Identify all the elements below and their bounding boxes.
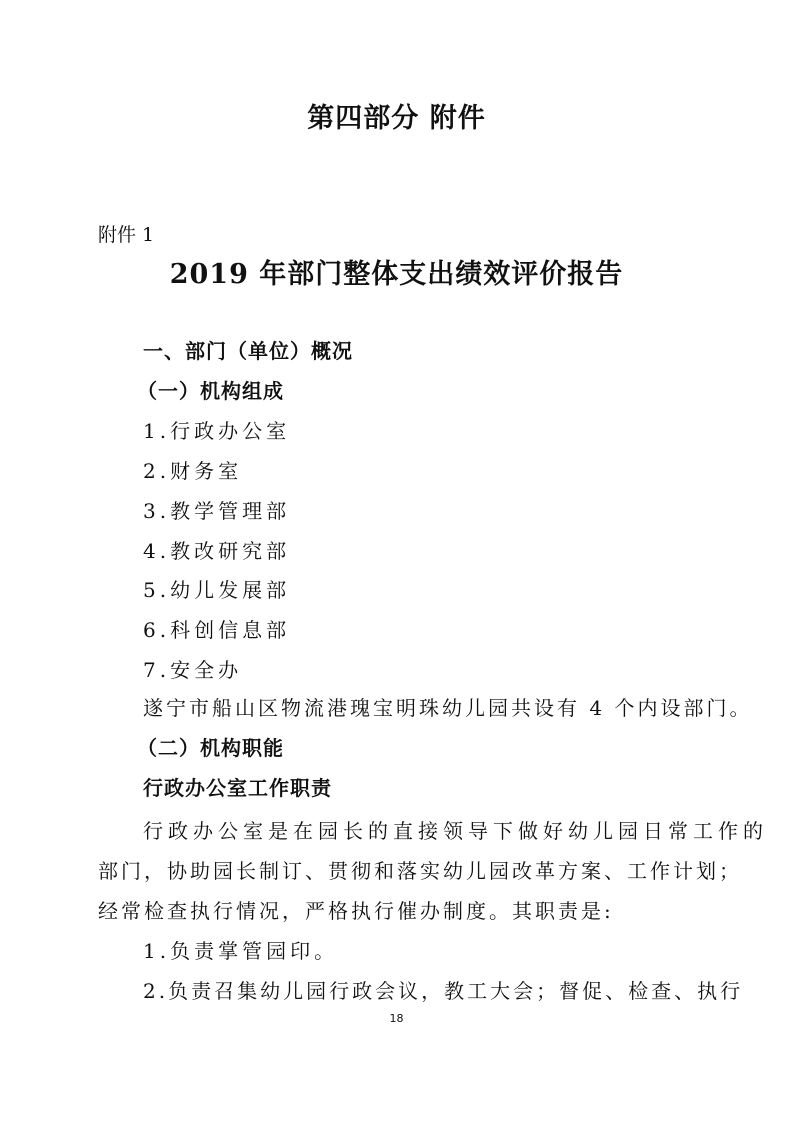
document-page: 第四部分 附件 附件 1 2019 年部门整体支出绩效评价报告 一、部门（单位）… — [0, 0, 793, 1122]
department-item: 1.行政办公室 — [143, 415, 290, 444]
part-title: 第四部分 附件 — [0, 96, 793, 135]
duty-heading: 行政办公室工作职责 — [143, 772, 332, 801]
attachment-label: 附件 1 — [98, 220, 154, 247]
department-item: 2.财务室 — [143, 455, 242, 484]
section-heading-overview: 一、部门（单位）概况 — [143, 335, 353, 364]
department-item: 6.科创信息部 — [143, 614, 290, 643]
department-item: 5.幼儿发展部 — [143, 574, 290, 603]
subsection-heading-functions: （二）机构职能 — [137, 732, 284, 761]
duty-paragraph-line: 部门，协助园长制订、贯彻和落实幼儿园改革方案、工作计划； — [98, 855, 742, 884]
department-item: 4.教改研究部 — [143, 535, 290, 564]
duty-paragraph-line: 经常检查执行情况，严格执行催办制度。其职责是: — [98, 895, 614, 924]
summary-sentence: 遂宁市船山区物流港瑰宝明珠幼儿园共设有 4 个内设部门。 — [143, 692, 752, 721]
department-item: 7.安全办 — [143, 654, 242, 683]
department-item: 3.教学管理部 — [143, 495, 290, 524]
duty-item: 2.负责召集幼儿园行政会议，教工大会；督促、检查、执行 — [143, 975, 743, 1004]
duty-paragraph-line: 行政办公室是在园长的直接领导下做好幼儿园日常工作的 — [143, 815, 768, 844]
duty-item: 1.负责掌管园印。 — [143, 935, 338, 964]
subsection-heading-structure: （一）机构组成 — [137, 375, 284, 404]
report-title: 2019 年部门整体支出绩效评价报告 — [0, 252, 793, 291]
page-number: 18 — [0, 1012, 793, 1025]
